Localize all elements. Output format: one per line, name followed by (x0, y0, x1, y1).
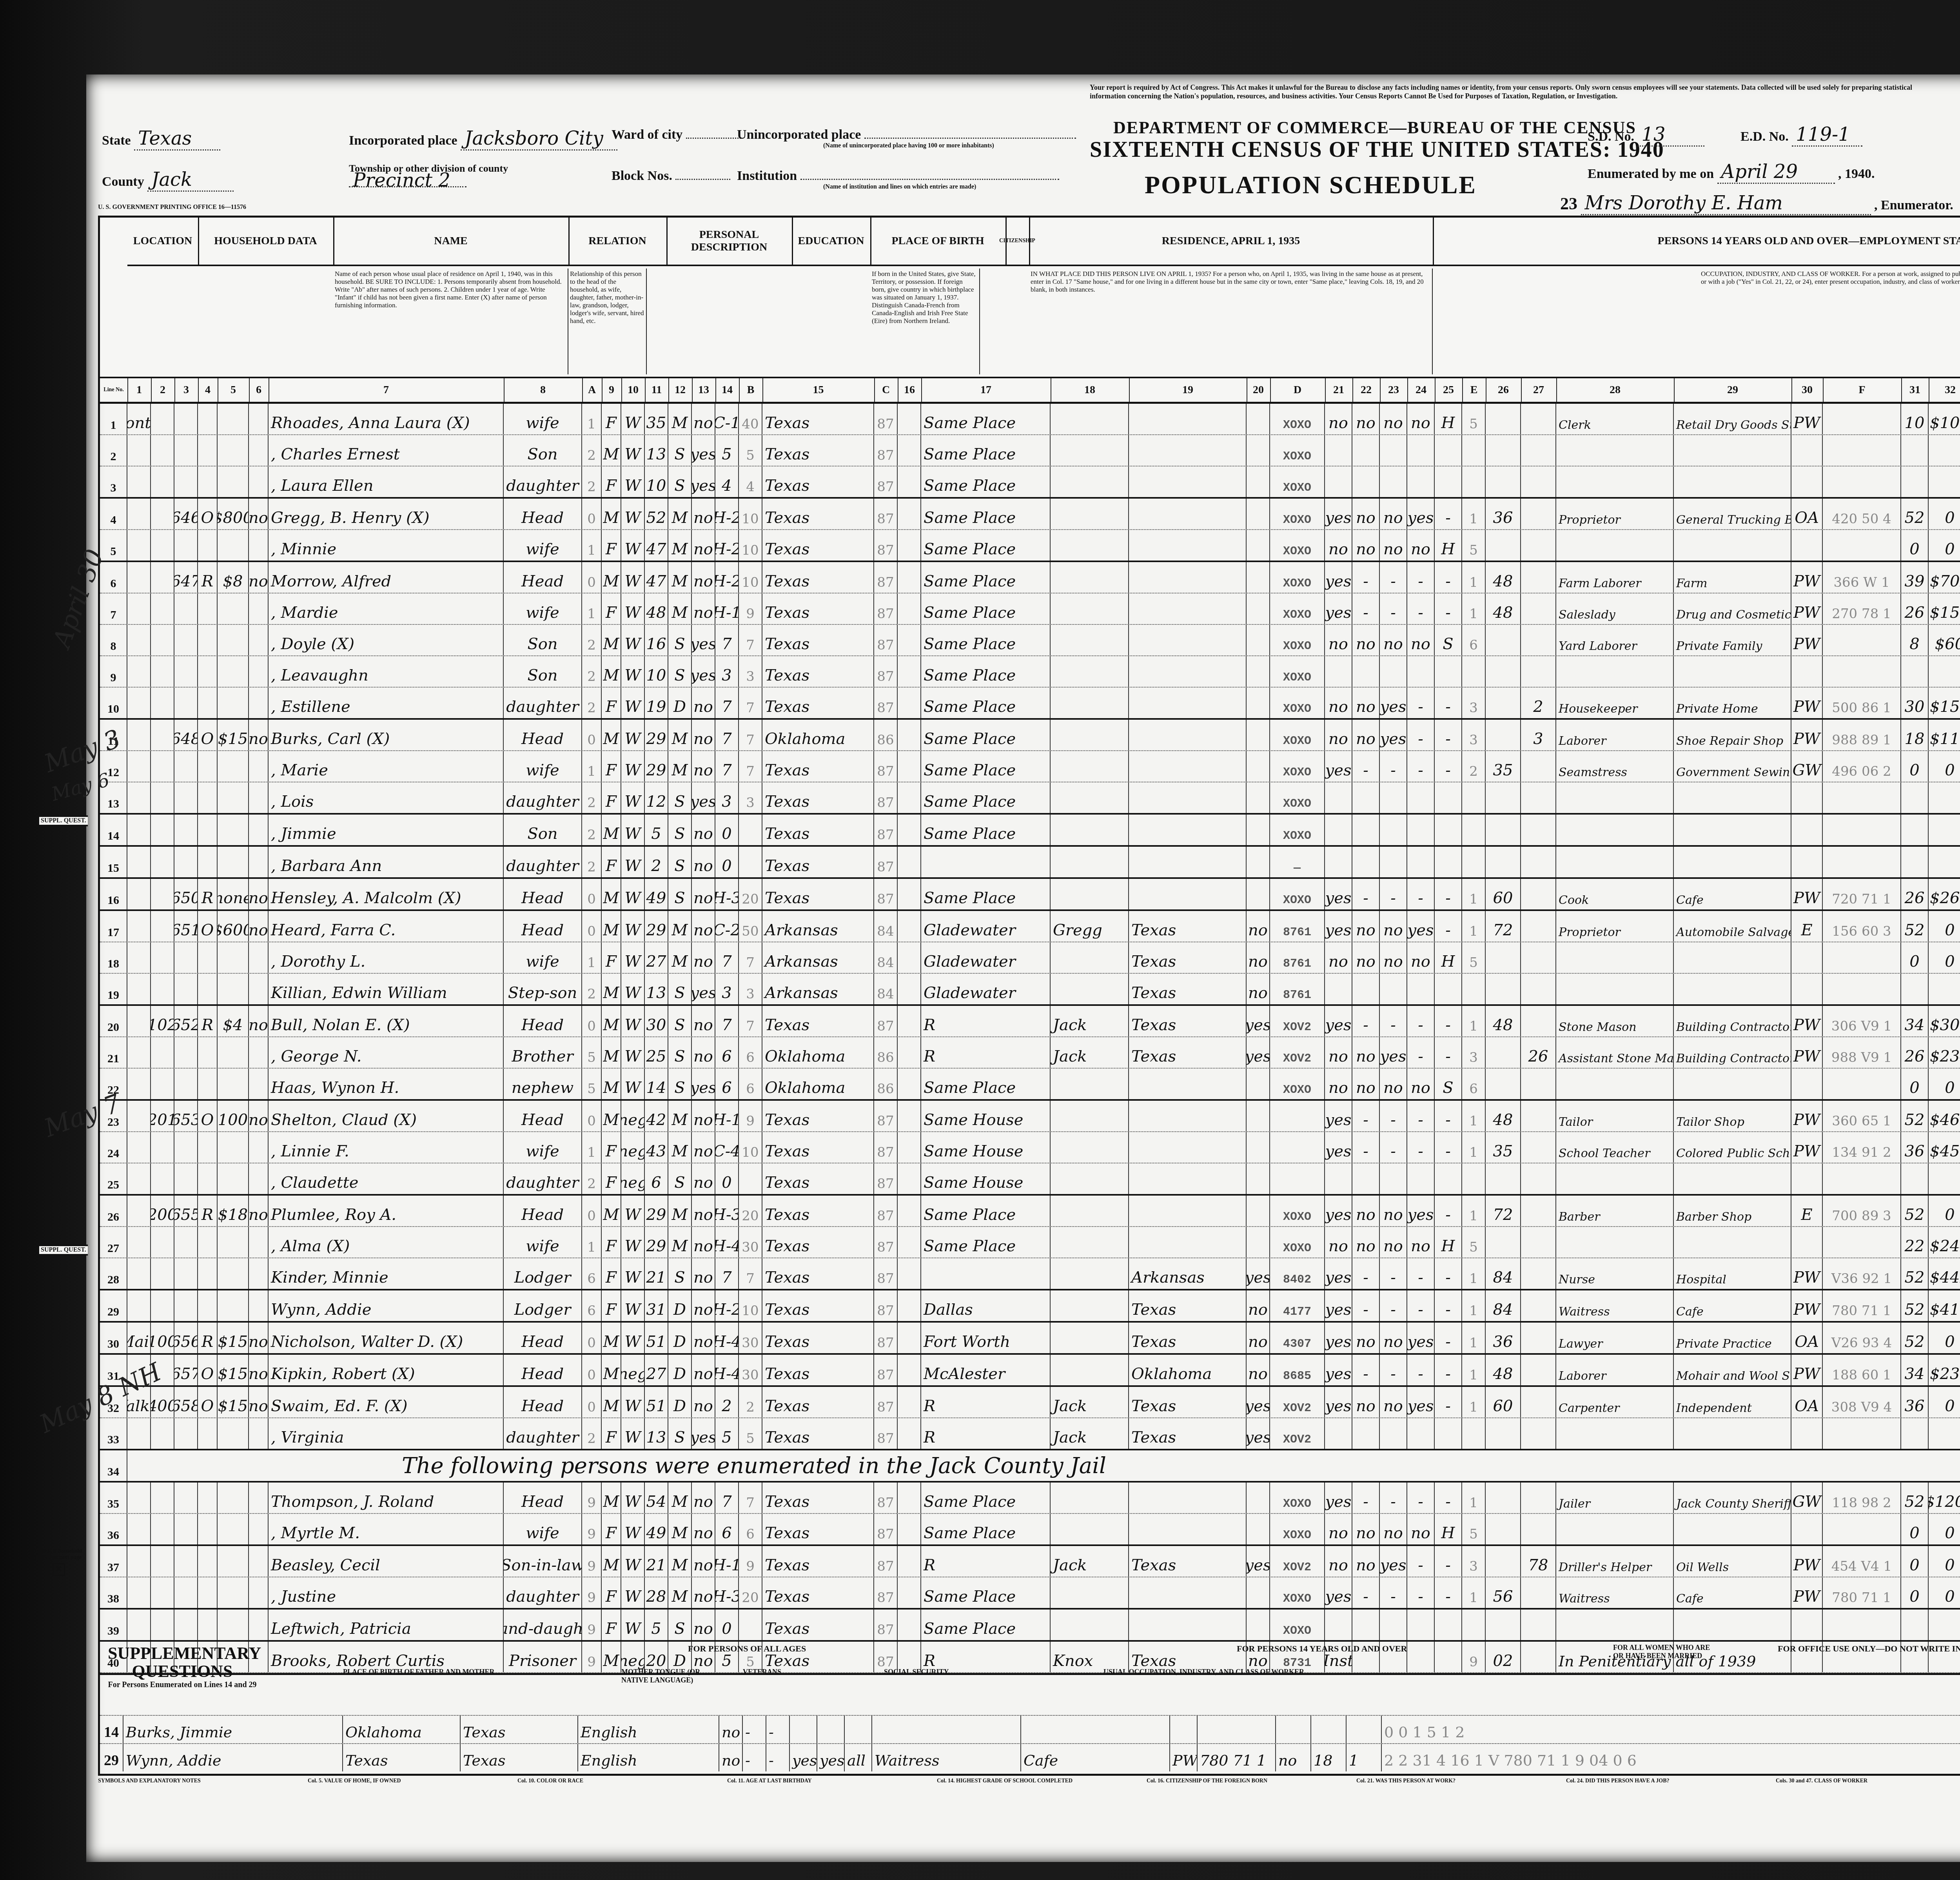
cell-e (1462, 974, 1486, 1004)
cell-county (1051, 1163, 1129, 1194)
cell-name: Burks, Carl (X) (269, 720, 504, 750)
cell-gr: C-2 (715, 911, 739, 942)
cell-sch: yes (692, 782, 715, 813)
table-row: 16650RnonenoHensley, A. Malcolm (X)Head0… (100, 879, 1960, 911)
cell-name: , Claudette (269, 1163, 504, 1194)
township-field: Township or other division of county Pre… (349, 163, 584, 189)
line-number: 2 (100, 435, 127, 466)
cell-ind (1674, 1227, 1791, 1258)
cell-a: 0 (582, 720, 602, 750)
cell-street (127, 1577, 151, 1608)
cell-age: 14 (645, 1069, 668, 1099)
cell-c23: - (1380, 1355, 1407, 1385)
cell-c27 (1521, 404, 1556, 434)
cell-birth: Texas (762, 782, 874, 813)
cell-cit (898, 911, 921, 942)
supp-cell-c49: 18 (1311, 1744, 1347, 1771)
cell-cls: GW (1791, 1483, 1823, 1513)
cell-own (198, 1546, 218, 1577)
cell-c25: - (1435, 1101, 1462, 1131)
cell-f: 780 71 1 (1823, 1577, 1901, 1608)
cell-cit (898, 1069, 921, 1099)
cell-c: 87 (874, 404, 898, 434)
cell-age: 29 (645, 911, 668, 942)
cell-own: O (198, 1387, 218, 1417)
cell-sex: F (602, 1132, 621, 1163)
cell-age: 29 (645, 720, 668, 750)
cell-occ (1556, 847, 1674, 877)
cell-val (218, 942, 249, 973)
cell-b: 7 (739, 942, 762, 973)
cell-sch: no (692, 688, 715, 718)
cell-c22: - (1352, 593, 1380, 624)
cell-race: W (621, 593, 645, 624)
column-number: D (1270, 377, 1326, 402)
supp-cell-c42 (790, 1716, 817, 1743)
cell-hh: 653 (174, 1101, 198, 1131)
cell-b: 7 (739, 1483, 762, 1513)
supp-cell-cls: PW (1170, 1744, 1198, 1771)
cell-age: 25 (645, 1037, 668, 1068)
cell-state (1129, 656, 1247, 687)
cell-occ: Proprietor (1556, 911, 1674, 942)
cell-mar: S (668, 1163, 692, 1194)
cell-sch: yes (692, 625, 715, 655)
cell-race: W (621, 1069, 645, 1099)
cell-birth: Arkansas (762, 942, 874, 973)
cell-state (1129, 815, 1247, 845)
cell-city: R (921, 1546, 1051, 1577)
cell-race: W (621, 1323, 645, 1353)
cell-own (198, 1037, 218, 1068)
cell-age: 42 (645, 1101, 668, 1131)
cell-c21: no (1325, 1227, 1352, 1258)
cell-c32: $450 (1929, 1132, 1960, 1163)
cell-hn (151, 1483, 174, 1513)
cell-birth: Texas (762, 1546, 874, 1577)
household-continued-checkbox[interactable]: Check, if household contd. on next page … (35, 1548, 82, 1576)
cell-c31: 22 (1901, 1227, 1929, 1258)
cell-val: $18 (218, 1196, 249, 1226)
cell-sex: F (602, 688, 621, 718)
cell-ind: Hospital (1674, 1258, 1791, 1289)
cell-race: W (621, 911, 645, 942)
cell-c25: S (1435, 1069, 1462, 1099)
cell-c: 87 (874, 879, 898, 909)
cell-c: 87 (874, 1006, 898, 1036)
cell-farm (249, 435, 269, 466)
cell-cit (898, 1101, 921, 1131)
column-number: 29 (1674, 377, 1792, 402)
cell-c27 (1521, 562, 1556, 593)
cell-c31: 0 (1901, 1577, 1929, 1608)
cell-city: Same Place (921, 815, 1051, 845)
cell-e: 1 (1462, 1101, 1486, 1131)
cell-c31: 52 (1901, 1483, 1929, 1513)
census-title: SIXTEENTH CENSUS OF THE UNITED STATES: 1… (1090, 137, 1664, 162)
line-number: 26 (100, 1196, 127, 1226)
cell-cls: PW (1791, 1577, 1823, 1608)
cell-sex: M (602, 911, 621, 942)
cell-state: Texas (1129, 1546, 1247, 1577)
cell-c21 (1325, 435, 1352, 466)
cell-d: XOV2 (1270, 1037, 1325, 1068)
cell-c25: S (1435, 625, 1462, 655)
cell-cit (898, 847, 921, 877)
cell-ind: Drug and Cosmetic Products (1674, 593, 1791, 624)
cell-farm: no (249, 1387, 269, 1417)
cell-c32: 0 (1929, 1196, 1960, 1226)
supp-cell-name: Burks, Jimmie (123, 1716, 343, 1743)
cell-age: 51 (645, 1387, 668, 1417)
table-row: 14, JimmieSon2MW5Sno0Texas87Same PlaceXO… (100, 815, 1960, 847)
cell-c22: - (1352, 751, 1380, 782)
cell-hn (151, 815, 174, 845)
table-row: 23201653O$1000noShelton, Claud (X)Head0M… (100, 1101, 1960, 1132)
cell-hh: 656 (174, 1323, 198, 1353)
cell-e: 1 (1462, 1006, 1486, 1036)
cell-name: , Justine (269, 1577, 504, 1608)
cell-hn (151, 1069, 174, 1099)
cell-c31: 26 (1901, 593, 1929, 624)
cell-val (218, 782, 249, 813)
cell-c22: no (1352, 1546, 1380, 1577)
cell-rel: Son (504, 656, 582, 687)
cell-cls: PW (1791, 593, 1823, 624)
cell-c32: 0 (1929, 1514, 1960, 1544)
cell-b: 5 (739, 1418, 762, 1449)
cell-c: 87 (874, 1387, 898, 1417)
cell-gr: 7 (715, 1483, 739, 1513)
cell-cls: PW (1791, 1258, 1823, 1289)
cell-hh: 658 (174, 1387, 198, 1417)
sheet-header: Your report is required by Act of Congre… (86, 74, 1960, 223)
cell-state (1129, 1101, 1247, 1131)
cell-c22: no (1352, 1323, 1380, 1353)
cell-cit (898, 1227, 921, 1258)
cell-hn (151, 1132, 174, 1163)
table-row: 7, Mardiewife1FW48MnoH-19Texas87Same Pla… (100, 593, 1960, 625)
cell-sex: M (602, 1037, 621, 1068)
cell-city: R (921, 1387, 1051, 1417)
cell-state: Texas (1129, 1037, 1247, 1068)
table-row: 19Killian, Edwin WilliamStep-son2MW13Sye… (100, 974, 1960, 1006)
cell-mar: S (668, 1258, 692, 1289)
cell-ind: Private Family (1674, 625, 1791, 655)
cell-val (218, 1290, 249, 1321)
cell-c31: 36 (1901, 1387, 1929, 1417)
cell-c32: $442 (1929, 1258, 1960, 1289)
cell-f: 454 V4 1 (1823, 1546, 1901, 1577)
cell-c31: 0 (1901, 1069, 1929, 1099)
cell-cit (898, 879, 921, 909)
note-block: Col. 16. CITIZENSHIP OF THE FOREIGN BORN (1147, 1778, 1296, 1784)
cell-cls: PW (1791, 404, 1823, 434)
cell-b: 7 (739, 625, 762, 655)
cell-city: Same Place (921, 1610, 1051, 1640)
cell-c31: 36 (1901, 1132, 1929, 1163)
cell-onfarm: no (1247, 911, 1270, 942)
cell-ind (1674, 1514, 1791, 1544)
cell-c31: 52 (1901, 1258, 1929, 1289)
cell-f (1823, 435, 1901, 466)
cell-cls (1791, 1227, 1823, 1258)
cell-d: XOXO (1270, 562, 1325, 593)
column-number: 1 (127, 377, 152, 402)
cell-birth: Texas (762, 625, 874, 655)
cell-c31 (1901, 435, 1929, 466)
cell-a: 0 (582, 1323, 602, 1353)
cell-county (1051, 688, 1129, 718)
cell-city: Same Place (921, 879, 1051, 909)
column-number: 22 (1352, 377, 1381, 402)
cell-c: 87 (874, 1483, 898, 1513)
cell-occ (1556, 1163, 1674, 1194)
line-number: 10 (100, 688, 127, 718)
supplementary-title: SUPPLEMENTARY QUESTIONS For Persons Enum… (108, 1644, 257, 1689)
cell-c32: $117 (1929, 720, 1960, 750)
cell-c23: yes (1380, 720, 1407, 750)
cell-race: neg (621, 1101, 645, 1131)
cell-c26 (1486, 1483, 1521, 1513)
cell-val (218, 688, 249, 718)
cell-street: Main (127, 1323, 151, 1353)
cell-e: 3 (1462, 1546, 1486, 1577)
cell-race: W (621, 688, 645, 718)
cell-mar: M (668, 1577, 692, 1608)
cell-d: XOXO (1270, 1196, 1325, 1226)
table-row: 20102652R$4noBull, Nolan E. (X)Head0MW30… (100, 1006, 1960, 1037)
township-value: Precinct 2 (349, 174, 466, 187)
cell-c25: - (1435, 1387, 1462, 1417)
cell-farm (249, 815, 269, 845)
cell-sch: no (692, 1577, 715, 1608)
cell-race: W (621, 879, 645, 909)
cell-gr: H-1 (715, 1546, 739, 1577)
cell-occ: Clerk (1556, 404, 1674, 434)
cell-sex: M (602, 499, 621, 529)
cell-c24: - (1407, 1101, 1435, 1131)
cell-c27 (1521, 435, 1556, 466)
cell-hh: 651 (174, 911, 198, 942)
cell-c32 (1929, 656, 1960, 687)
cell-f (1823, 1610, 1901, 1640)
cell-age: 35 (645, 404, 668, 434)
cell-mar: S (668, 879, 692, 909)
cell-farm (249, 1514, 269, 1544)
cell-gr: H-3 (715, 1577, 739, 1608)
cell-c22: - (1352, 1355, 1380, 1385)
cell-c24: - (1407, 751, 1435, 782)
cell-c22: no (1352, 688, 1380, 718)
cell-c26 (1486, 435, 1521, 466)
group-household: HOUSEHOLD DATA (198, 218, 334, 266)
cell-d: 8685 (1270, 1355, 1325, 1385)
cell-b: 20 (739, 1577, 762, 1608)
cell-age: 27 (645, 1355, 668, 1385)
cell-cls: PW (1791, 1355, 1823, 1385)
cell-val (218, 1163, 249, 1194)
cell-farm: no (249, 879, 269, 909)
cell-name: , Jimmie (269, 815, 504, 845)
cell-city: Same Place (921, 1514, 1051, 1544)
cell-hn (151, 1258, 174, 1289)
cell-c23: yes (1380, 1037, 1407, 1068)
cell-county: Jack (1051, 1418, 1129, 1449)
cell-f: 360 65 1 (1823, 1101, 1901, 1131)
cell-gr: 0 (715, 1610, 739, 1640)
cell-own (198, 751, 218, 782)
cell-birth: Texas (762, 1514, 874, 1544)
cell-own: O (198, 1101, 218, 1131)
cell-c25: - (1435, 593, 1462, 624)
cell-c23 (1380, 1163, 1407, 1194)
line-number: 35 (100, 1483, 127, 1513)
cell-c32 (1929, 815, 1960, 845)
cell-occ: Laborer (1556, 1355, 1674, 1385)
cell-street (127, 499, 151, 529)
cell-street (127, 562, 151, 593)
cell-c23 (1380, 466, 1407, 497)
cell-name: Wynn, Addie (269, 1290, 504, 1321)
table-body: 1contdRhoades, Anna Laura (X)wife1FW35Mn… (100, 404, 1960, 1673)
cell-sch: no (692, 1132, 715, 1163)
cell-own (198, 625, 218, 655)
cell-c21: no (1325, 1037, 1352, 1068)
cell-city: R (921, 1037, 1051, 1068)
block-field: Block Nos. (612, 169, 730, 183)
cell-race: W (621, 1196, 645, 1226)
cell-hn (151, 1514, 174, 1544)
cell-sch: no (692, 1006, 715, 1036)
column-number: 3 (174, 377, 199, 402)
cell-sch: yes (692, 656, 715, 687)
cell-e: 3 (1462, 1037, 1486, 1068)
cell-sex: M (602, 1069, 621, 1099)
cell-f: V26 93 4 (1823, 1323, 1901, 1353)
cell-hh (174, 1163, 198, 1194)
cell-cls (1791, 942, 1823, 973)
supp-cell-code: 780 71 1 (1198, 1744, 1276, 1771)
cell-ind: Tailor Shop (1674, 1101, 1791, 1131)
cell-ind (1674, 435, 1791, 466)
cell-b: 7 (739, 688, 762, 718)
column-number: 27 (1521, 377, 1557, 402)
cell-c24: no (1407, 404, 1435, 434)
cell-street (127, 1258, 151, 1289)
cell-rel: daughter (504, 688, 582, 718)
cell-a: 6 (582, 1290, 602, 1321)
table-row: 5, Minniewife1FW47MnoH-210Texas87Same Pl… (100, 530, 1960, 562)
cell-e: 1 (1462, 1196, 1486, 1226)
cell-city: McAlester (921, 1355, 1051, 1385)
column-number: 2 (151, 377, 175, 402)
cell-county (1051, 847, 1129, 877)
column-number: 23 (1380, 377, 1408, 402)
cell-farm (249, 782, 269, 813)
county-value: Jack (147, 169, 234, 192)
group-citizenship: CITIZENSHIP (1005, 218, 1030, 266)
cell-d: XOXO (1270, 1069, 1325, 1099)
cell-c24 (1407, 435, 1435, 466)
cell-race: W (621, 1418, 645, 1449)
department-title: DEPARTMENT OF COMMERCE—BUREAU OF THE CEN… (1113, 118, 1636, 138)
cell-occ: Cook (1556, 879, 1674, 909)
cell-race: W (621, 720, 645, 750)
cell-b: 10 (739, 562, 762, 593)
cell-c27 (1521, 1227, 1556, 1258)
cell-sch: no (692, 499, 715, 529)
cell-d: — (1270, 847, 1325, 877)
cell-d: 8761 (1270, 911, 1325, 942)
line-number: 29 (100, 1744, 123, 1771)
supp-cell-c39: no (719, 1744, 743, 1771)
cell-c27 (1521, 974, 1556, 1004)
cell-rel: Head (504, 911, 582, 942)
cell-onfarm (1247, 562, 1270, 593)
cell-sch: no (692, 751, 715, 782)
cell-race: W (621, 1258, 645, 1289)
cell-county (1051, 1355, 1129, 1385)
table-row: 13, Loisdaughter2FW12Syes33Texas87Same P… (100, 782, 1960, 815)
cell-e: 1 (1462, 879, 1486, 909)
cell-c23: - (1380, 1483, 1407, 1513)
cell-c24: - (1407, 1258, 1435, 1289)
cell-race: W (621, 815, 645, 845)
cell-c25: - (1435, 751, 1462, 782)
cell-own (198, 1069, 218, 1099)
cell-city: Gladewater (921, 942, 1051, 973)
cell-county (1051, 1514, 1129, 1544)
line-number: 24 (100, 1132, 127, 1163)
cell-sex: M (602, 1323, 621, 1353)
cell-county (1051, 499, 1129, 529)
cell-race: W (621, 1577, 645, 1608)
cell-age: 29 (645, 751, 668, 782)
cell-c27: 3 (1521, 720, 1556, 750)
cell-name: , Charles Ernest (269, 435, 504, 466)
cell-race: W (621, 1037, 645, 1068)
cell-sex: M (602, 562, 621, 593)
cell-race: W (621, 751, 645, 782)
cell-cls: PW (1791, 879, 1823, 909)
cell-farm (249, 1037, 269, 1068)
cell-sex: M (602, 1483, 621, 1513)
cell-e: 1 (1462, 1577, 1486, 1608)
cell-c26: 72 (1486, 1196, 1521, 1226)
cell-onfarm (1247, 720, 1270, 750)
cell-birth: Texas (762, 1387, 874, 1417)
cell-occ (1556, 530, 1674, 561)
cell-ind (1674, 974, 1791, 1004)
cell-c21 (1325, 1610, 1352, 1640)
cell-county (1051, 942, 1129, 973)
cell-val: $800 (218, 499, 249, 529)
cell-b: 6 (739, 1514, 762, 1544)
cell-d: XOXO (1270, 404, 1325, 434)
cell-val: $15 (218, 1323, 249, 1353)
table-row: 2, Charles ErnestSon2MW13Syes55Texas87Sa… (100, 435, 1960, 466)
cell-c24 (1407, 1163, 1435, 1194)
column-number: 18 (1051, 377, 1130, 402)
cell-ind: Private Practice (1674, 1323, 1791, 1353)
cell-cit (898, 593, 921, 624)
cell-gr: H-2 (715, 530, 739, 561)
cell-county (1051, 404, 1129, 434)
cell-rel: Brother (504, 1037, 582, 1068)
cell-f: 306 V9 1 (1823, 1006, 1901, 1036)
cell-d: XOXO (1270, 499, 1325, 529)
